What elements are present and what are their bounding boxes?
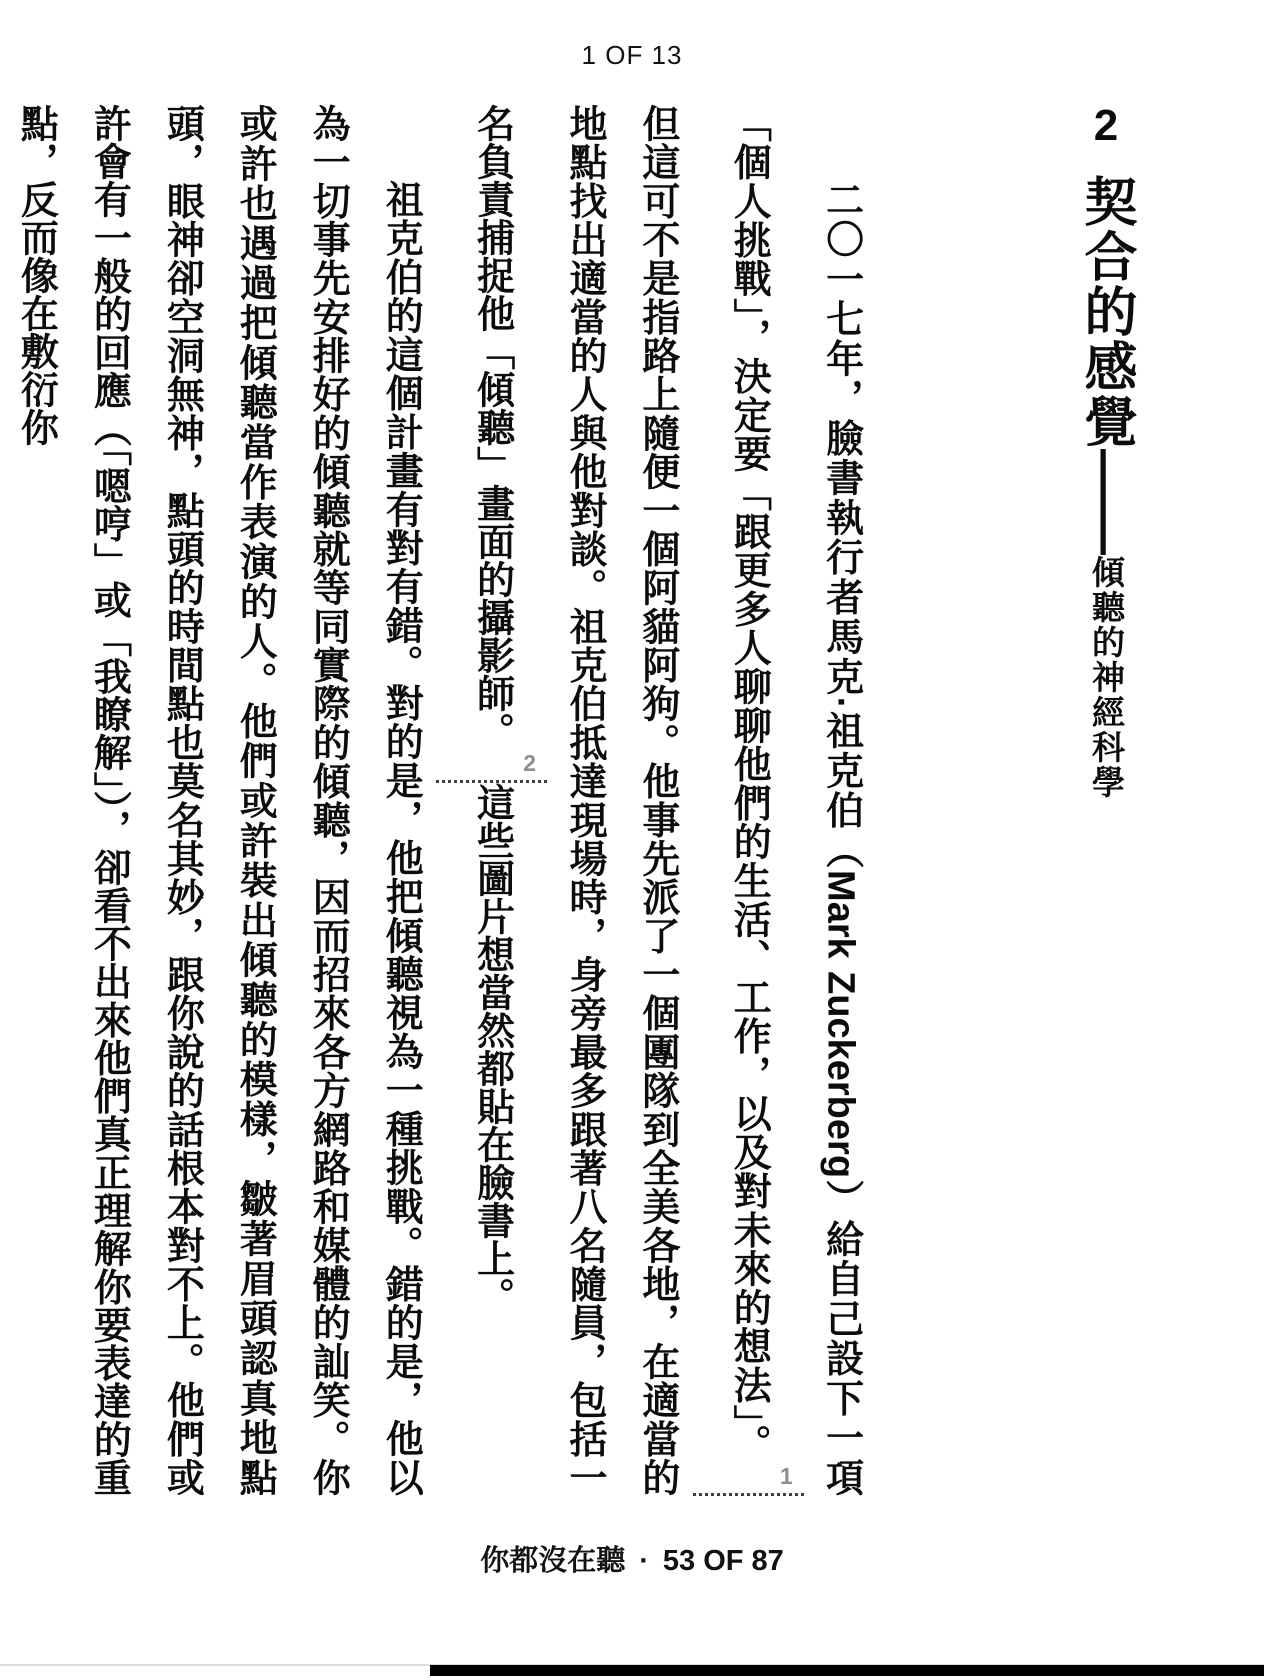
footer-page-progress: 53 OF 87 (663, 1545, 784, 1577)
paragraph: 二〇一七年，臉書執行者馬克·祖克伯（Mark Zuckerberg）給自己設下一… (436, 104, 876, 1496)
footnote-ref-2[interactable]: 2 (471, 750, 513, 783)
footnote-ref-1[interactable]: 1 (727, 1463, 769, 1496)
vertical-text-content: 2契合的感覺——傾聽的神經科學 二〇一七年，臉書執行者馬克·祖克伯（Mark Z… (0, 104, 1136, 1496)
footer-book-title: 你都沒在聽 (480, 1545, 625, 1577)
chapter-page-indicator: 1 OF 13 (0, 40, 1264, 71)
chapter-heading: 2契合的感覺——傾聽的神經科學 (1077, 104, 1136, 1496)
footer-separator: · (639, 1545, 649, 1577)
footnote-ref-number: 1 (693, 1463, 804, 1496)
footnote-ref-number: 2 (436, 750, 547, 783)
book-page: 1 OF 13 2契合的感覺——傾聽的神經科學 二〇一七年，臉書執行者馬克·祖克… (0, 0, 1264, 1680)
progress-fill[interactable] (430, 1665, 1264, 1676)
chapter-number: 2 (1094, 104, 1118, 148)
paragraph: 祖克伯的這個計畫有對有錯。對的是，他把傾聽視為一種挑戰。錯的是，他以為一切事先安… (0, 104, 436, 1496)
footer: 你都沒在聽·53 OF 87 (0, 1538, 1264, 1579)
chapter-title: 契合的感覺 (1077, 174, 1136, 449)
body-text: 二〇一七年，臉書執行者馬克·祖克伯（Mark Zuckerberg）給自己設下一… (0, 104, 877, 1496)
chapter-title-dash: —— (1077, 449, 1136, 555)
chapter-subtitle: 傾聽的神經科學 (1088, 555, 1125, 800)
